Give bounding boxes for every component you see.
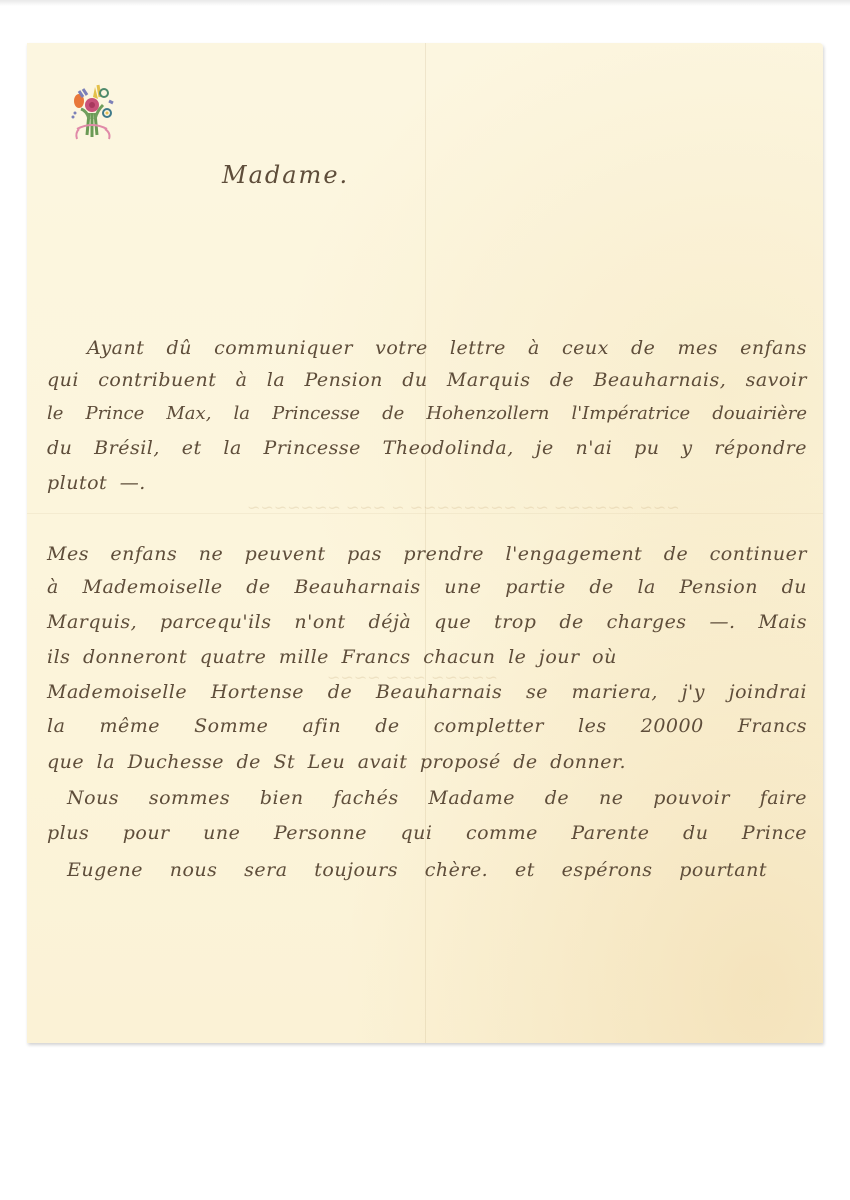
letter-line: le Prince Max, la Princesse de Hohenzoll… (47, 405, 807, 423)
letter-line: plutot —. (47, 474, 146, 493)
letter-line: du Brésil, et la Princesse Theodolinda, … (47, 439, 807, 458)
letter-line: la même Somme afin de completter les 200… (47, 717, 807, 736)
letter-page: Madame. ~~~ ~~~~~~ ~~ ~~~~~~~~ ~ ~~~ ~~~… (27, 43, 823, 1043)
letter-line: Mademoiselle Hortense de Beauharnais se … (47, 683, 807, 702)
letter-line: Eugene nous sera toujours chère. et espé… (67, 861, 767, 880)
letter-line: que la Duchesse de St Leu avait proposé … (47, 753, 727, 772)
letter-line: Marquis, parcequ'ils n'ont déjà que trop… (47, 613, 807, 632)
letter-line: qui contribuent à la Pension du Marquis … (47, 371, 807, 390)
letter-line: Mes enfans ne peuvent pas prendre l'enga… (47, 545, 807, 564)
bleed-through-text: ~~~ ~~~~~~ ~~ ~~~~~~~~ ~ ~~~ ~~~~~~~ (247, 498, 680, 517)
letter-line: Nous sommes bien fachés Madame de ne pou… (67, 789, 807, 808)
salutation: Madame. (222, 163, 349, 187)
letter-line: ils donneront quatre mille Francs chacun… (47, 648, 687, 667)
letter-line: à Mademoiselle de Beauharnais une partie… (47, 578, 807, 597)
letter-line: Ayant dû communiquer votre lettre à ceux… (87, 339, 807, 358)
scan-top-edge (0, 0, 850, 6)
letter-line: plus pour une Personne qui comme Parente… (47, 824, 807, 843)
flower-bouquet-icon (67, 83, 117, 141)
